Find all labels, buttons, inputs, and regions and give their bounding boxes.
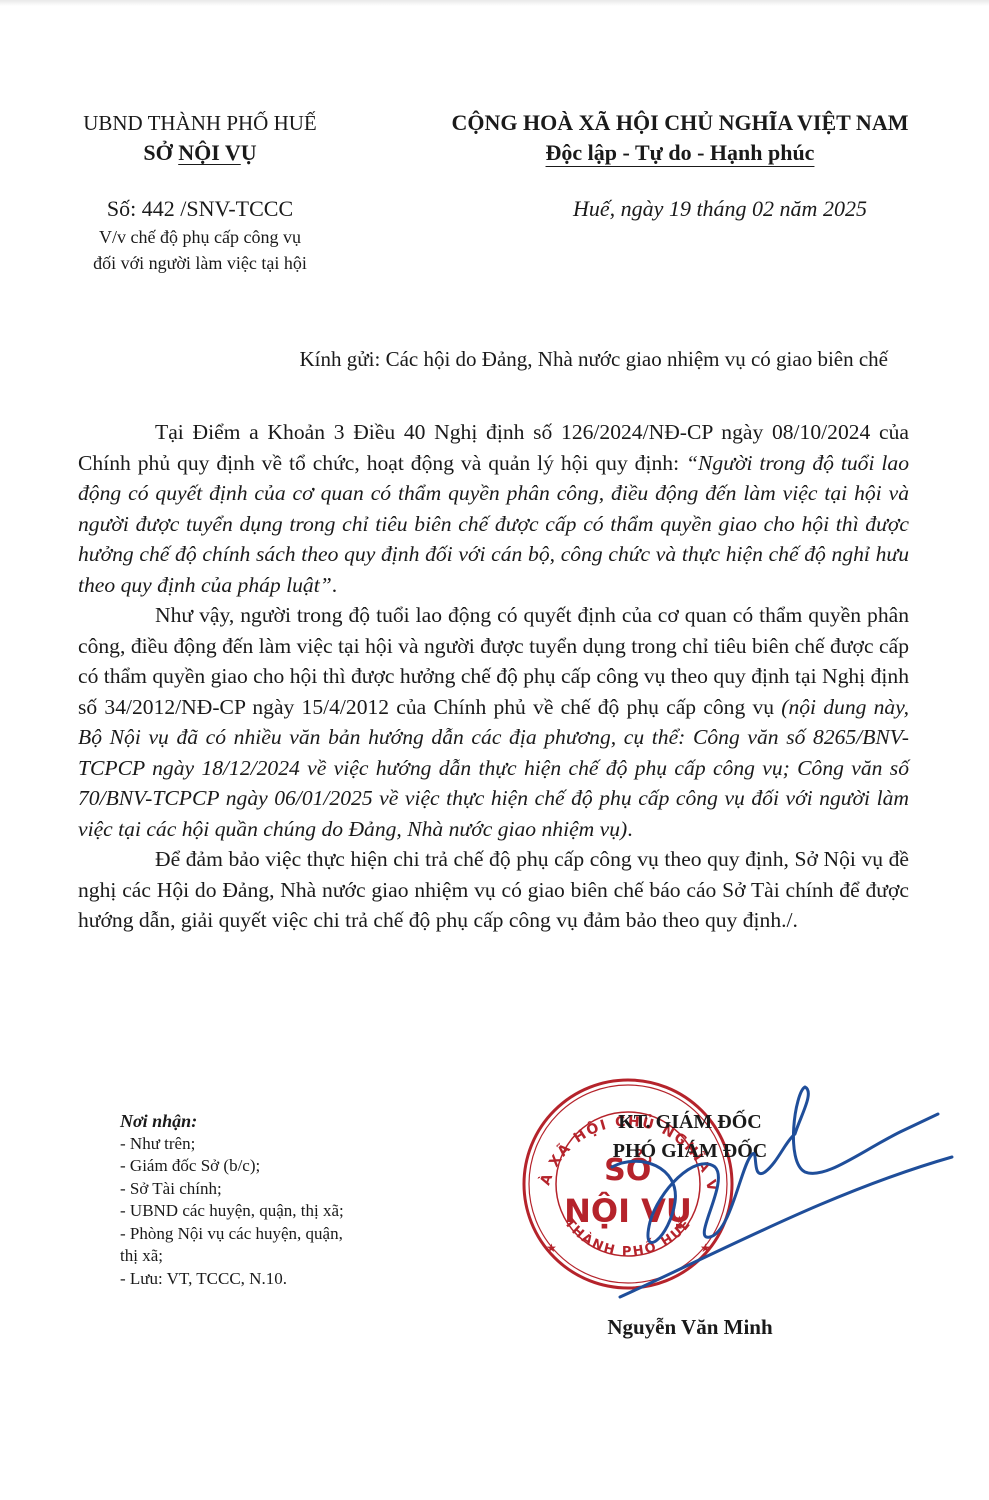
svg-text:★: ★ xyxy=(546,1241,557,1255)
paragraph-3: Để đảm bảo việc thực hiện chi trả chế độ… xyxy=(78,844,909,936)
recipient-item: - Như trên; xyxy=(120,1133,420,1156)
recipient-item: - UBND các huyện, quận, thị xã; xyxy=(120,1200,420,1223)
recipients-list: Nơi nhận: - Như trên; - Giám đốc Sở (b/c… xyxy=(120,1110,420,1290)
paragraph-1: Tại Điểm a Khoản 3 Điều 40 Nghị định số … xyxy=(78,417,909,600)
place-date: Huế, ngày 19 tháng 02 năm 2025 xyxy=(540,194,900,224)
document-body: Tại Điểm a Khoản 3 Điều 40 Nghị định số … xyxy=(78,417,909,936)
national-header: CỘNG HOÀ XÃ HỘI CHỦ NGHĨA VIỆT NAM Độc l… xyxy=(420,108,940,168)
document-subject-line2: đối với người làm việc tại hội xyxy=(40,250,360,276)
recipient-item: - Phòng Nội vụ các huyện, quận, xyxy=(120,1223,420,1246)
document-number-block: Số: 442 /SNV-TCCC V/v chế độ phụ cấp côn… xyxy=(40,194,360,276)
agency-name: SỞ NỘI VỤ xyxy=(40,138,360,168)
parent-agency: UBND THÀNH PHỐ HUẾ xyxy=(40,108,360,138)
paragraph-2: Như vậy, người trong độ tuổi lao động có… xyxy=(78,600,909,844)
recipients-title: Nơi nhận: xyxy=(120,1110,420,1133)
recipient-item: - Lưu: VT, TCCC, N.10. xyxy=(120,1268,420,1291)
recipient-item: thị xã; xyxy=(120,1245,420,1268)
recipient-line: Kính gửi: Các hội do Đảng, Nhà nước giao… xyxy=(60,344,888,374)
handwritten-signature-icon xyxy=(600,1072,960,1302)
document-subject-line1: V/v chế độ phụ cấp công vụ xyxy=(40,224,360,250)
agency-header: UBND THÀNH PHỐ HUẾ SỞ NỘI VỤ xyxy=(40,108,360,168)
country-name: CỘNG HOÀ XÃ HỘI CHỦ NGHĨA VIỆT NAM xyxy=(420,108,940,138)
top-edge-shadow xyxy=(0,0,989,6)
signer-name: Nguyễn Văn Minh xyxy=(540,1312,840,1342)
recipient-item: - Giám đốc Sở (b/c); xyxy=(120,1155,420,1178)
document-number: Số: 442 /SNV-TCCC xyxy=(40,194,360,224)
national-motto: Độc lập - Tự do - Hạnh phúc xyxy=(420,138,940,168)
recipient-item: - Sở Tài chính; xyxy=(120,1178,420,1201)
